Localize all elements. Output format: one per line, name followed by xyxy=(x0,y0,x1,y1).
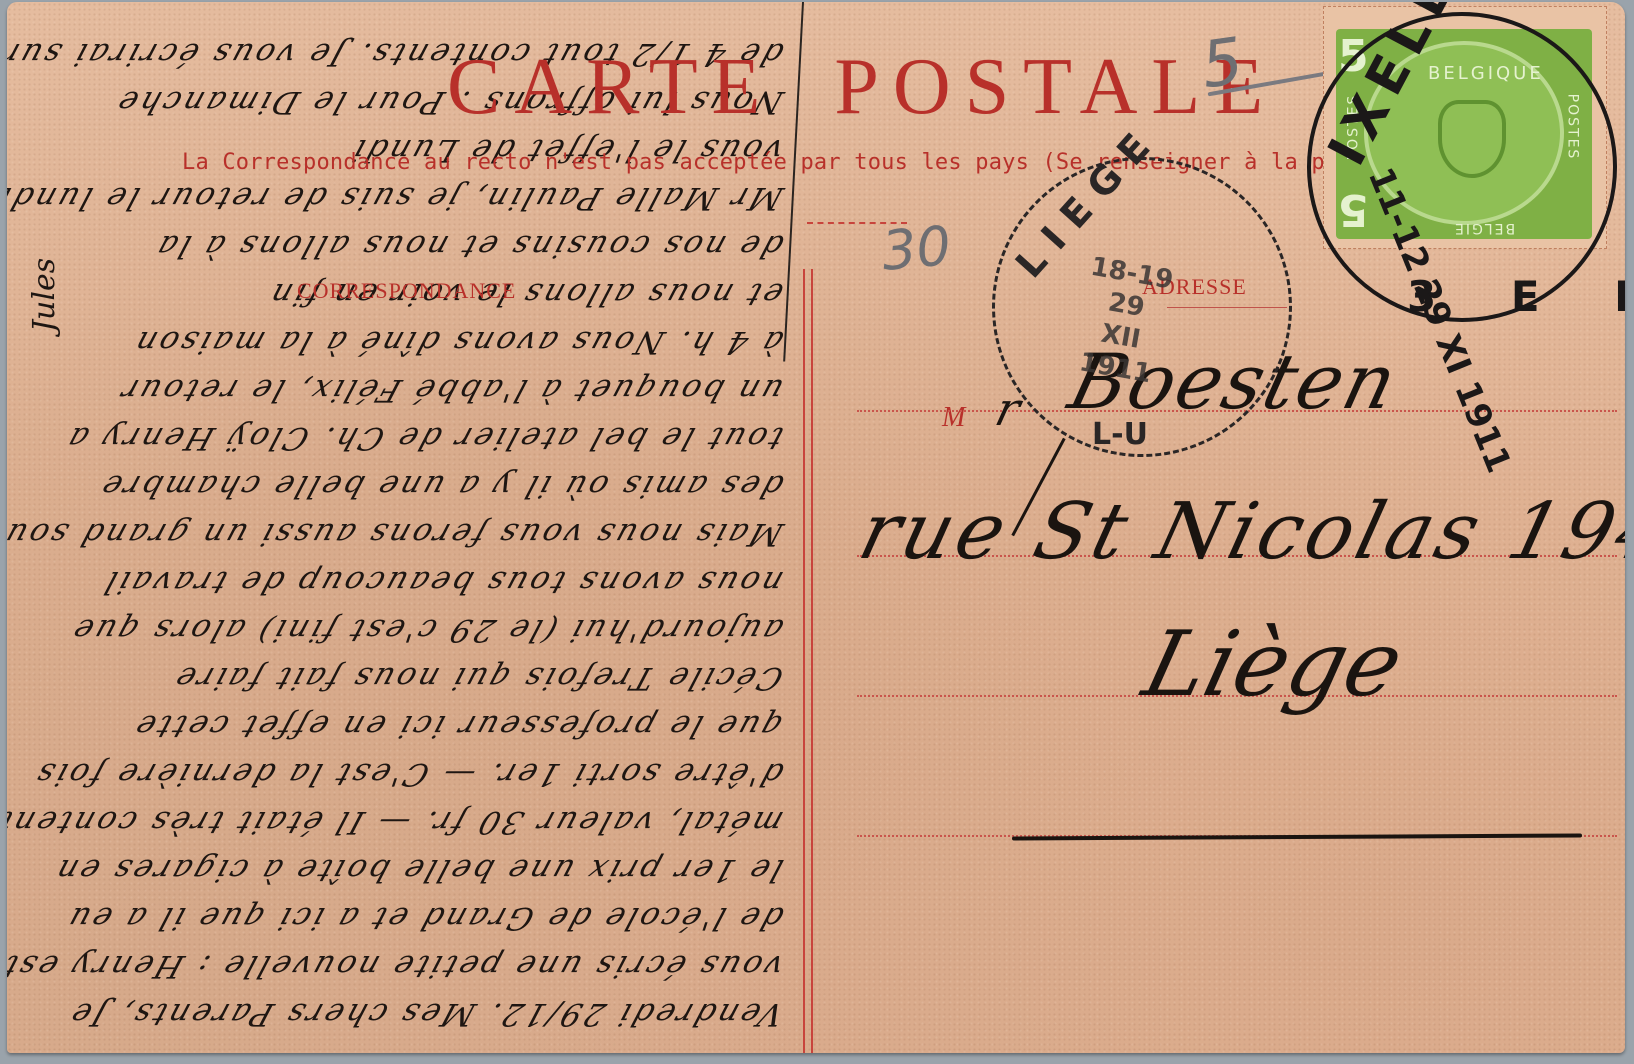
message-line: de nos cousins et nous allons à la xyxy=(150,228,788,264)
card-title: CARTEPOSTALE xyxy=(447,42,1277,133)
printed-notice: La Correspondance au recto n'est pas acc… xyxy=(182,150,1392,175)
recipient-prefix-label: M xyxy=(942,402,965,434)
postcard: Vendredi 29/12. Mes chers Parents, Je vo… xyxy=(7,2,1625,1053)
message-line: que le professeur ici en effet cette xyxy=(128,708,788,744)
message-line: aujourd'hui (le 29 c'est fini) alors que xyxy=(66,612,788,648)
message-line: vous écris une petite nouvelle : Henry e… xyxy=(7,948,788,984)
recipient-street: rue St Nicolas 194 xyxy=(851,487,1625,577)
vertical-divider xyxy=(803,269,805,1053)
pencil-mark-30: 30 xyxy=(879,214,953,283)
message-line: nous avons tous beaucoup de travail xyxy=(98,564,788,600)
message-line: Mais nous vous ferons aussi un grand sou… xyxy=(7,516,788,552)
message-line: à 4 h. Nous avons dîné à la maison xyxy=(128,324,788,360)
message-line: Mr Malle Paulin, je suis de retour le lu… xyxy=(7,180,788,216)
message-line: métal, valeur 30 fr. — Il était très con… xyxy=(7,804,788,840)
title-word-carte: CARTE xyxy=(447,43,774,131)
message-line: des amis où il y a une belle chambre xyxy=(94,468,788,504)
message-line: Vendredi 29/12. Mes chers Parents, Je xyxy=(64,996,788,1032)
message-line: le 1er prix une belle boîte à cigares en xyxy=(49,852,788,888)
message-line: Cécile Trefois qui nous fait faire xyxy=(168,660,788,696)
message-line: de l'école de Grand et a ici que il a eu xyxy=(61,900,788,936)
message-line: tout le bel atelier de Ch. Cloÿ Henry a xyxy=(60,420,787,456)
side-note: Jules xyxy=(27,258,62,332)
postmark-liege-bottom: L-U xyxy=(1092,417,1148,452)
correspondance-label: CORRESPONDANCE xyxy=(297,278,516,304)
recipient-city: Liège xyxy=(1134,612,1413,717)
message-line: un bouquet à l'abbé Félix, le retour xyxy=(114,372,788,408)
message-line: d'être sorti 1er. — C'est la dernière fo… xyxy=(29,756,788,792)
vertical-divider xyxy=(811,269,813,1053)
postmark-ixelles-bottom: 3 E L xyxy=(1407,272,1625,321)
